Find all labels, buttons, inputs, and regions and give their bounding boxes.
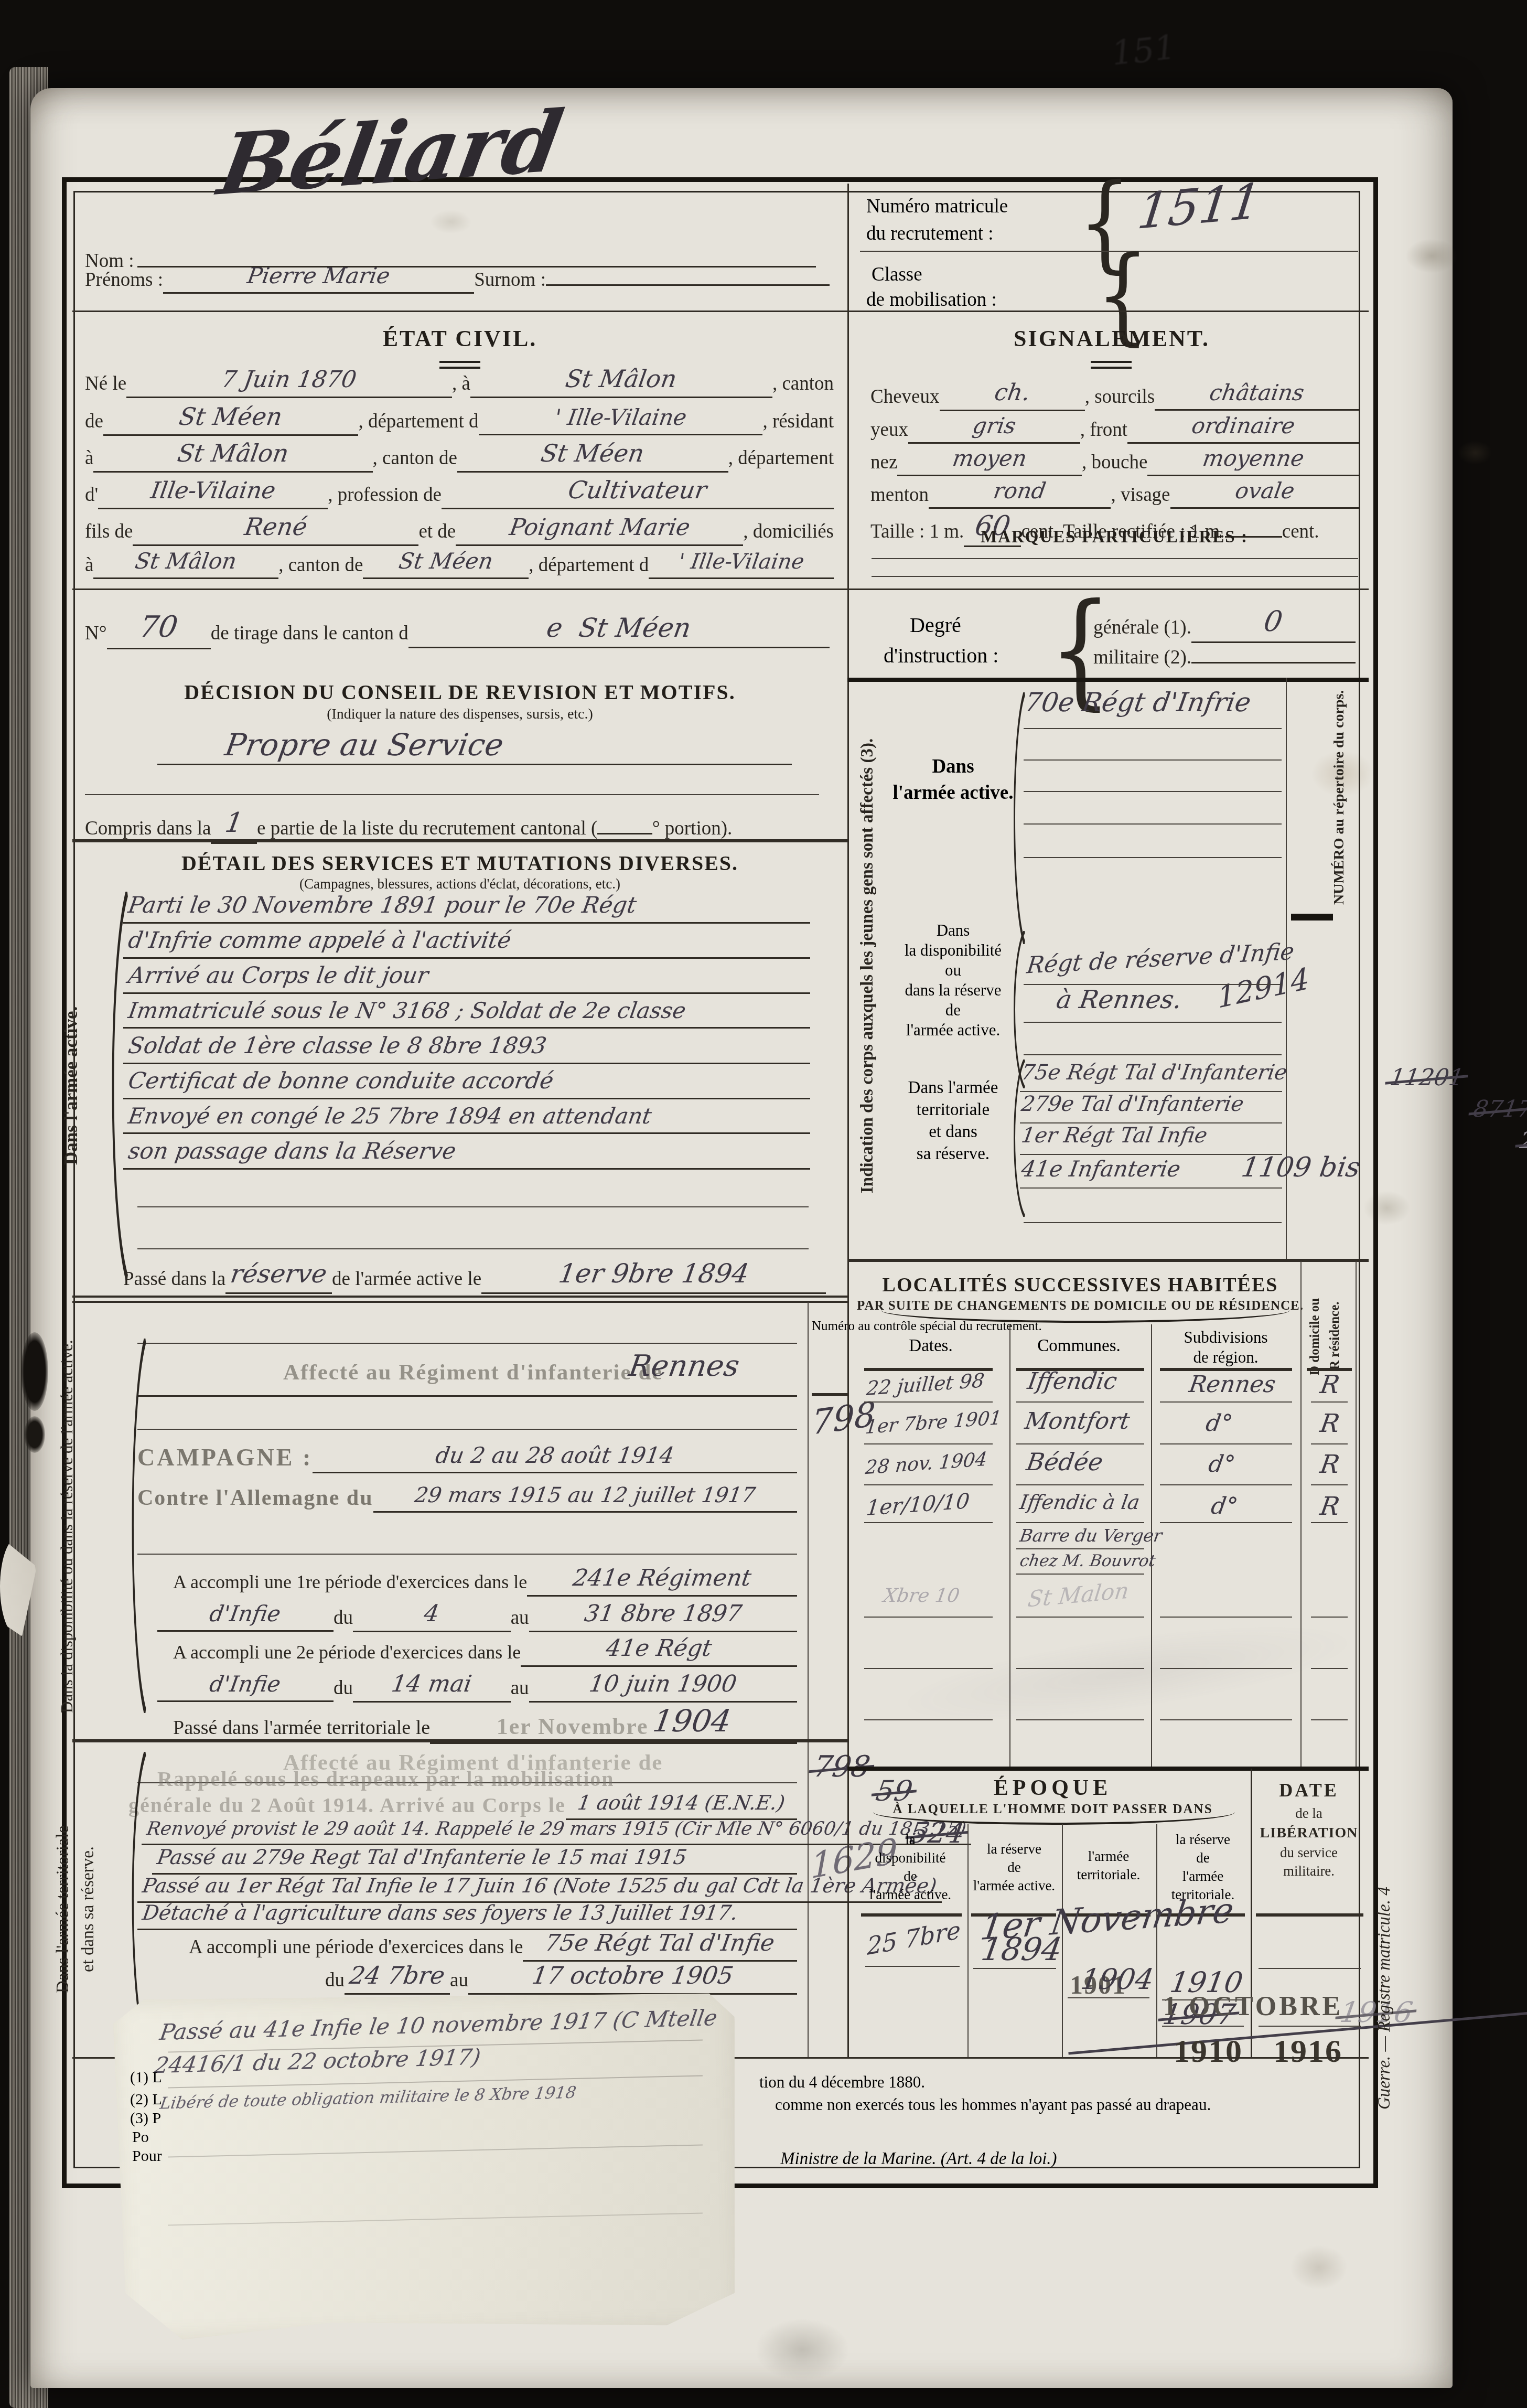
residant-label: , résidant — [762, 410, 834, 433]
epoque-title: ÉPOQUE — [855, 1775, 1251, 1801]
service-text: Immatriculé sous le N° 3168 ; Soldat de … — [126, 998, 688, 1023]
register-scan: 151 Béliard Nom : Numéro matricule du re… — [0, 0, 1527, 2408]
repertoire-tick — [1291, 914, 1333, 921]
rule — [872, 576, 1358, 577]
footnote-frag-5: Pour — [132, 2147, 162, 2165]
loc-commune: Iffendic — [1026, 1368, 1119, 1395]
terr-entry-name: 1er Régt Tal Infie — [1019, 1123, 1209, 1148]
compris-label-3: ° portion). — [652, 817, 733, 840]
ne-le-label: Né le — [85, 372, 126, 395]
stain — [1458, 441, 1492, 465]
periode1-inf: d'Infie — [208, 1601, 283, 1626]
matricule-value: 1511 — [1135, 173, 1264, 240]
yeux-value: gris — [971, 413, 1018, 438]
au-label: au — [511, 1677, 529, 1699]
col-communes: Communes. — [1012, 1336, 1146, 1356]
loc-subdivision: d° — [1207, 1451, 1237, 1478]
footnote-right-1: tion du 4 décembre 1880. — [759, 2073, 925, 2092]
armee-active-label-2: l'armée active. — [891, 782, 1015, 804]
periode1-date1: 4 — [422, 1600, 441, 1627]
terr-entry-name: 41e Infanterie — [1019, 1156, 1182, 1182]
rule — [137, 1206, 809, 1207]
bouche-value: moyenne — [1201, 445, 1306, 471]
periode1-label: A accompli une 1re période d'exercices d… — [173, 1571, 527, 1593]
rule — [1020, 1187, 1282, 1189]
passe-label-1: Passé dans la — [123, 1268, 225, 1290]
passe-territoriale-label: Passé dans l'armée territoriale le — [173, 1716, 430, 1739]
service-line: d'Infrie comme appelé à l'activité — [123, 930, 810, 959]
service-line: Soldat de 1ère classe le 8 8bre 1893 — [123, 1035, 810, 1064]
etat-line-6: à St Mâlon , canton de St Méen , départe… — [85, 551, 834, 579]
loc-commune-l3: chez M. Bouvrot — [1018, 1551, 1157, 1570]
renvoye-row: Renvoyé provist le 29 août 14. Rappelé l… — [142, 1820, 797, 1845]
col-subdivisions-2: de région. — [1156, 1348, 1295, 1367]
periode1-value: 241e Régiment — [571, 1565, 753, 1591]
loc-commune: Bédée — [1025, 1448, 1105, 1476]
heavy-rule — [72, 839, 847, 842]
generale-value: 0 — [1262, 605, 1285, 638]
tirage-row: N° 70 de tirage dans le canton d e St Mé… — [85, 613, 830, 649]
dispo-label-5: de — [891, 1001, 1015, 1020]
decision-title: DÉCISION DU CONSEIL DE REVISION ET MOTIF… — [72, 680, 847, 704]
menton-value: rond — [992, 478, 1048, 504]
birth-departement: ' Ille-Vilaine — [553, 404, 689, 430]
profession: Cultivateur — [566, 476, 709, 504]
services-subtitle: (Campagnes, blessures, actions d'éclat, … — [72, 876, 847, 892]
epoque-col3-header: l'arméeterritoriale. — [1063, 1847, 1154, 1884]
surnom-line — [546, 283, 830, 286]
terr-entry-numero: 11201 — [1388, 1064, 1466, 1091]
loc-subdivision: d° — [1204, 1410, 1234, 1437]
footnote-frag-1: (1) L — [130, 2069, 162, 2086]
service-line: Envoyé en congé le 25 7bre 1894 en atten… — [123, 1106, 810, 1134]
etat-line-2: de St Méen , département d ' Ille-Vilain… — [85, 405, 834, 436]
visage-value: ovale — [1233, 478, 1296, 504]
etat-line-4: d' Ille-Vilaine , profession de Cultivat… — [85, 478, 834, 509]
degre-label-1: Degré — [910, 613, 961, 637]
rule — [1024, 791, 1282, 792]
epoque-col2-value: 1894 — [978, 1931, 1064, 1968]
compris-value: 1 — [223, 807, 245, 839]
passe-label-2: de l'armée active le — [332, 1268, 481, 1290]
periode2-label: A accompli une 2e période d'exercices da… — [173, 1641, 521, 1663]
margin-label-registre: Guerre. — Registre matricule. 4 — [1375, 1694, 1401, 2303]
rule — [137, 1248, 809, 1249]
militaire-label: militaire (2). — [1093, 646, 1191, 669]
service-line: Immatriculé sous le N° 3168 ; Soldat de … — [123, 1000, 810, 1029]
terr-label-2: territoriale — [891, 1100, 1015, 1120]
passe-value-1: réserve — [229, 1259, 329, 1289]
compris-label-2: e partie de la liste du recrutement cant… — [257, 817, 597, 840]
yeux-row: yeux gris , front ordinaire — [870, 415, 1359, 444]
table-divider — [1300, 1261, 1302, 1767]
compris-label-1: Compris dans la — [85, 817, 211, 840]
sourcils-value: châtains — [1208, 380, 1306, 405]
signalement-title: SIGNALEMENT. — [855, 325, 1369, 352]
footnote-frag-2: (2) L — [130, 2091, 162, 2109]
epoque-col3-value: 1904 — [1079, 1963, 1156, 1996]
service-line: Certificat de bonne conduite accordé — [123, 1071, 810, 1099]
nez-value: moyen — [951, 445, 1029, 471]
classe-label-2: de mobilisation : — [866, 288, 997, 311]
domicilies-label: , domiciliés — [743, 520, 834, 543]
menton-row: menton rond , visage ovale — [870, 480, 1359, 509]
rappele-stamp-2: générale du 2 Août 1914. Arrivé au Corps… — [128, 1793, 566, 1817]
epoque-col2-header: la réservedel'armée active. — [969, 1840, 1059, 1895]
domicile-departement: ' Ille-Vilaine — [676, 550, 806, 574]
du-label: du — [334, 1677, 353, 1699]
front-value: ordinaire — [1190, 413, 1297, 438]
periode2-date1: 14 mai — [390, 1671, 474, 1697]
rule — [1020, 1154, 1282, 1155]
repertoire-label: NUMÉRO au répertoire du corps. — [1331, 682, 1362, 913]
rappele-value: 1 août 1914 (E.N.E.) — [576, 1791, 787, 1814]
service-text: Envoyé en congé le 25 7bre 1894 en atten… — [126, 1103, 653, 1129]
fils-de-label: fils de — [85, 520, 133, 543]
footnote-frag-3: (3) P — [130, 2110, 161, 2127]
rule — [1024, 1022, 1282, 1023]
localites-title: LOCALITÉS SUCCESSIVES HABITÉES — [855, 1273, 1306, 1297]
degre-militaire-row: militaire (2). — [1093, 646, 1356, 669]
rule — [137, 1554, 797, 1555]
dispo-label-4: dans la réserve — [891, 981, 1015, 1000]
margin-label-territoriale-2: et dans sa réserve. — [79, 1762, 102, 2056]
mother-name: Poignant Marie — [507, 514, 692, 541]
a-label: , à — [452, 372, 470, 395]
terr-label-3: et dans — [891, 1122, 1015, 1142]
periode-terr-value: 75e Régt Tal d'Infie — [543, 1930, 777, 1956]
surnom-label: Surnom : — [474, 269, 546, 291]
rule — [1024, 857, 1282, 858]
periode2-inf: d'Infie — [208, 1671, 283, 1697]
stain — [755, 2318, 849, 2381]
dispo-value-2: à Rennes. — [1055, 985, 1184, 1014]
passe-1er-text: Passé au 1er Régt Tal Infie le 17 Juin 1… — [141, 1874, 939, 1897]
stain — [1405, 239, 1458, 273]
passe-279-text: Passé au 279e Regt Tal d'Infanterie le 1… — [155, 1846, 688, 1869]
prenoms-label: Prénoms : — [85, 269, 163, 291]
campagne-row: CAMPAGNE : du 2 au 28 août 1914 — [137, 1443, 797, 1473]
du-label: du — [334, 1607, 353, 1629]
service-line: son passage dans la Réserve — [123, 1141, 810, 1170]
octobre-stamp: 1 OCTOBRE — [1163, 1991, 1343, 2022]
periode2-row-2: d'Infie du 14 mai au 10 juin 1900 — [157, 1673, 797, 1703]
periode2-value: 41e Régt — [604, 1635, 714, 1662]
service-text: Parti le 30 Novembre 1891 pour le 70e Ré… — [126, 892, 638, 918]
portion-line — [597, 832, 652, 834]
affecte-value: Rennes — [627, 1349, 742, 1383]
rule — [85, 794, 819, 795]
heavy-rule — [847, 1767, 1369, 1771]
dispo-label-2: la disponibilité — [891, 941, 1015, 960]
domicile: St Mâlon — [133, 548, 239, 574]
generale-label: générale (1). — [1093, 616, 1191, 639]
matricule-label-1: Numéro matricule — [866, 195, 1008, 218]
terr-entry-numero: 26723 — [1518, 1127, 1527, 1154]
rule — [137, 1343, 797, 1344]
profession-label: , profession de — [328, 484, 442, 506]
periode-terr-date1: 24 7bre — [348, 1961, 447, 1989]
corps-brace — [1006, 692, 1027, 944]
periode-terr-label: A accompli une période d'exercices dans … — [189, 1936, 523, 1958]
ink-blot — [21, 1332, 48, 1411]
margin-brace — [103, 892, 130, 1280]
terr-entry-name: 75e Régt Tal d'Infanterie — [1019, 1061, 1289, 1085]
rule — [157, 764, 792, 765]
etat-line-1: Né le 7 Juin 1870 , à St Mâlon , canton — [85, 367, 834, 398]
margin-label-armee-active: Dans l'armée active. — [61, 934, 86, 1238]
periode2-date2: 10 juin 1900 — [587, 1671, 738, 1697]
epoque-divider — [1156, 1824, 1157, 2057]
service-line: Arrivé au Corps le dit jour — [123, 965, 810, 994]
menton-label: menton — [870, 484, 929, 506]
bouche-label: , bouche — [1082, 451, 1147, 474]
father-name: René — [242, 512, 309, 541]
terr-entry-numero: 1109 bis — [1239, 1152, 1362, 1183]
terr-label-4: sa réserve. — [891, 1144, 1015, 1164]
loc-commune: Iffendic à la — [1018, 1491, 1142, 1514]
epoque-date-header: DATE de la LIBÉRATION du service militai… — [1253, 1779, 1364, 1879]
stain — [1290, 2245, 1348, 2290]
rule — [72, 311, 1369, 312]
campagne-value: du 2 au 28 août 1914 — [434, 1442, 676, 1468]
dispo-label-6: l'armée active. — [891, 1021, 1015, 1040]
cheveux-row: Cheveux ch. , sourcils châtains — [870, 382, 1359, 411]
margin-label-disponibilite: Dans la disponibilité ou dans la réserve… — [58, 1332, 106, 1720]
margin-label-indication-corps: Indication des corps auxquels les jeunes… — [858, 690, 885, 1241]
loc-subdivision: Rennes — [1187, 1371, 1278, 1398]
rule — [137, 1429, 797, 1430]
affecte-stamp: Affecté au Régiment d'infanterie de — [283, 1360, 663, 1385]
campagne-stamp: CAMPAGNE : — [137, 1443, 313, 1471]
rule — [1024, 984, 1282, 985]
canton-label: , canton — [772, 372, 834, 395]
pencil-ghost-number: 151 — [1110, 28, 1177, 73]
armee-active-label-1: Dans — [891, 755, 1015, 778]
passe-1er-row: Passé au 1er Régt Tal Infie le 17 Juin 1… — [137, 1877, 797, 1903]
passe-territoriale-year: 1904 — [650, 1703, 733, 1739]
a-label: à — [85, 554, 93, 576]
departement-label: , département d — [529, 554, 649, 576]
du-label: du — [325, 1969, 345, 1992]
terr-entry-numero: 8717 — [1471, 1096, 1527, 1122]
departement-label: , département — [728, 447, 834, 469]
corps-brace — [1006, 1059, 1027, 1217]
front-label: , front — [1080, 419, 1127, 441]
double-rule — [72, 1296, 847, 1298]
birth-canton: St Méen — [177, 402, 284, 431]
cheveux-value: ch. — [993, 379, 1032, 406]
residence-departement: Ille-Vilaine — [149, 477, 277, 504]
margin-brace — [124, 1339, 148, 1713]
detache-row: Détaché à l'agriculture dans ses foyers … — [137, 1904, 797, 1930]
canton-de-label: , canton de — [373, 447, 457, 469]
loc-commune-l2: Barre du Verger — [1018, 1525, 1164, 1546]
tirage-label: de tirage dans le canton d — [211, 622, 408, 645]
service-text: Soldat de 1ère classe le 8 8bre 1893 — [126, 1033, 549, 1059]
stamp-1910: 1910 — [1174, 2033, 1243, 2070]
epoque-divider — [967, 1824, 969, 2057]
au-label: au — [450, 1969, 468, 1992]
periode1-row-2: d'Infie du 4 au 31 8bre 1897 — [157, 1603, 797, 1632]
et-de-label: et de — [418, 520, 456, 543]
cheveux-label: Cheveux — [870, 386, 940, 408]
de-label: de — [85, 410, 103, 433]
canton-de-label: , canton de — [278, 554, 363, 576]
passe-value-2: 1er 9bre 1894 — [556, 1258, 751, 1289]
loc-subdivision: d° — [1209, 1493, 1240, 1519]
footnote-right-3: Ministre de la Marine. (Art. 4 de la loi… — [780, 2149, 1057, 2169]
contre-allemagne-row: Contre l'Allemagne du 29 mars 1915 au 12… — [137, 1485, 797, 1513]
contre-stamp: Contre l'Allemagne du — [137, 1485, 373, 1511]
degre-generale-row: générale (1). 0 — [1093, 607, 1356, 643]
periode-terr-row: A accompli une période d'exercices dans … — [189, 1932, 797, 1962]
residence-canton: St Méen — [539, 439, 646, 467]
matricule-label-2: du recrutement : — [866, 222, 993, 245]
etat-civil-title: ÉTAT CIVIL. — [72, 325, 847, 352]
classe-label-1: Classe — [872, 263, 922, 286]
periode-terr-date2: 17 octobre 1905 — [530, 1961, 736, 1989]
decision-subtitle: (Indiquer la nature des dispenses, sursi… — [72, 706, 847, 723]
rule — [872, 558, 1358, 559]
periode2-row: A accompli une 2e période d'exercices da… — [173, 1638, 797, 1667]
passe-279-row: Passé au 279e Regt Tal d'Infanterie le 1… — [152, 1848, 797, 1875]
column-divider — [808, 1302, 809, 2057]
rule — [1024, 759, 1282, 761]
tirage-no-label: N° — [85, 622, 107, 645]
nez-label: nez — [870, 451, 897, 474]
terr-entry-name: 279e Tal d'Infanterie — [1019, 1092, 1245, 1116]
periode1-date2: 31 8bre 1897 — [583, 1600, 744, 1627]
au-label: au — [511, 1607, 529, 1629]
rule — [137, 1395, 797, 1397]
tirage-no: 70 — [137, 610, 180, 644]
table-divider — [1356, 1261, 1357, 1767]
marques-label: MARQUES PARTICULIÈRES : — [870, 528, 1358, 547]
d-label: d' — [85, 484, 98, 506]
footnote-right-2: comme non exercés tous les hommes n'ayan… — [775, 2095, 1211, 2114]
service-text: d'Infrie comme appelé à l'activité — [126, 927, 513, 954]
detache-text: Détaché à l'agriculture dans ses foyers … — [141, 1901, 739, 1925]
nez-row: nez moyen , bouche moyenne — [870, 448, 1359, 476]
decision-value: Propre au Service — [223, 727, 506, 763]
rule — [812, 1393, 848, 1396]
rule — [1024, 1222, 1282, 1223]
heavy-rule — [72, 1739, 847, 1742]
contre-value: 29 mars 1915 au 12 juillet 1917 — [413, 1483, 757, 1507]
rappele-stamp-1: Rappelé sous les drapeaux par la mobilis… — [157, 1767, 615, 1791]
loc-commune: Montfort — [1023, 1408, 1132, 1435]
periode-terr-row-2: du 24 7bre au 17 octobre 1905 — [325, 1964, 797, 1995]
service-text: Certificat de bonne conduite accordé — [126, 1068, 555, 1094]
service-text: son passage dans la Réserve — [126, 1138, 458, 1164]
rule — [1024, 1054, 1282, 1055]
departement-label: , département d — [358, 410, 478, 433]
etat-line-3: à St Mâlon , canton de St Méen , départe… — [85, 442, 834, 473]
birth-date: 7 Juin 1870 — [220, 366, 358, 393]
novembre-stamp: 1er Novembre — [497, 1714, 649, 1739]
main-divider — [847, 184, 849, 2057]
birth-place: St Mâlon — [564, 365, 679, 393]
loc-date-faint: Xbre 10 — [882, 1585, 961, 1607]
residence: St Mâlon — [176, 439, 291, 467]
service-line: Parti le 30 Novembre 1891 pour le 70e Ré… — [123, 895, 810, 924]
tirage-canton: e St Méen — [545, 613, 693, 643]
degre-label-2: d'instruction : — [884, 643, 998, 668]
rappele-row-2: générale du 2 Août 1914. Arrivé au Corps… — [128, 1793, 797, 1820]
domicile-canton: St Méen — [397, 548, 495, 574]
heavy-rule — [847, 678, 1369, 682]
rule — [1024, 823, 1282, 825]
ink-blot — [24, 1416, 45, 1453]
heavy-rule — [847, 1259, 1369, 1262]
a-label: à — [85, 447, 93, 469]
armee-active-value: 70e Régt d'Infrie — [1023, 687, 1253, 718]
dispo-label-3: ou — [891, 961, 1015, 980]
sourcils-label: , sourcils — [1085, 386, 1155, 408]
epoque-col1-header: ladisponibilitédel'armée active. — [857, 1831, 963, 1904]
militaire-line — [1191, 661, 1356, 663]
col-dates: Dates. — [865, 1336, 996, 1356]
col-subdivisions-1: Subdivisions — [1156, 1328, 1295, 1347]
rule — [1024, 728, 1282, 729]
footnote-frag-4: Po — [132, 2128, 149, 2146]
yeux-label: yeux — [870, 419, 908, 441]
passe-reserve-row: Passé dans la réserve de l'armée active … — [123, 1261, 826, 1294]
renvoye-text: Renvoyé provist le 29 août 14. Rappelé l… — [145, 1818, 967, 1839]
margin-label-territoriale-1: Dans l'armée territoriale — [53, 1747, 78, 2072]
etat-line-5: fils de René et de Poignant Marie , domi… — [85, 515, 834, 546]
dispo-label-1: Dans — [891, 921, 1015, 940]
passe-territoriale-row: Passé dans l'armée territoriale le 1er N… — [173, 1706, 797, 1744]
terr-label-1: Dans l'armée — [891, 1078, 1015, 1098]
service-text: Arrivé au Corps le dit jour — [126, 962, 430, 989]
prenoms-row: Prénoms : Pierre Marie Surnom : — [85, 265, 830, 294]
prenoms-value: Pierre Marie — [245, 263, 392, 288]
rule — [72, 588, 1369, 590]
title-flourish — [1091, 361, 1132, 369]
periode1-row: A accompli une 1re période d'exercices d… — [173, 1567, 797, 1597]
visage-label: , visage — [1111, 484, 1170, 506]
stamp-1916: 1916 — [1273, 2033, 1342, 2070]
services-title: DÉTAIL DES SERVICES ET MUTATIONS DIVERSE… — [72, 851, 847, 875]
